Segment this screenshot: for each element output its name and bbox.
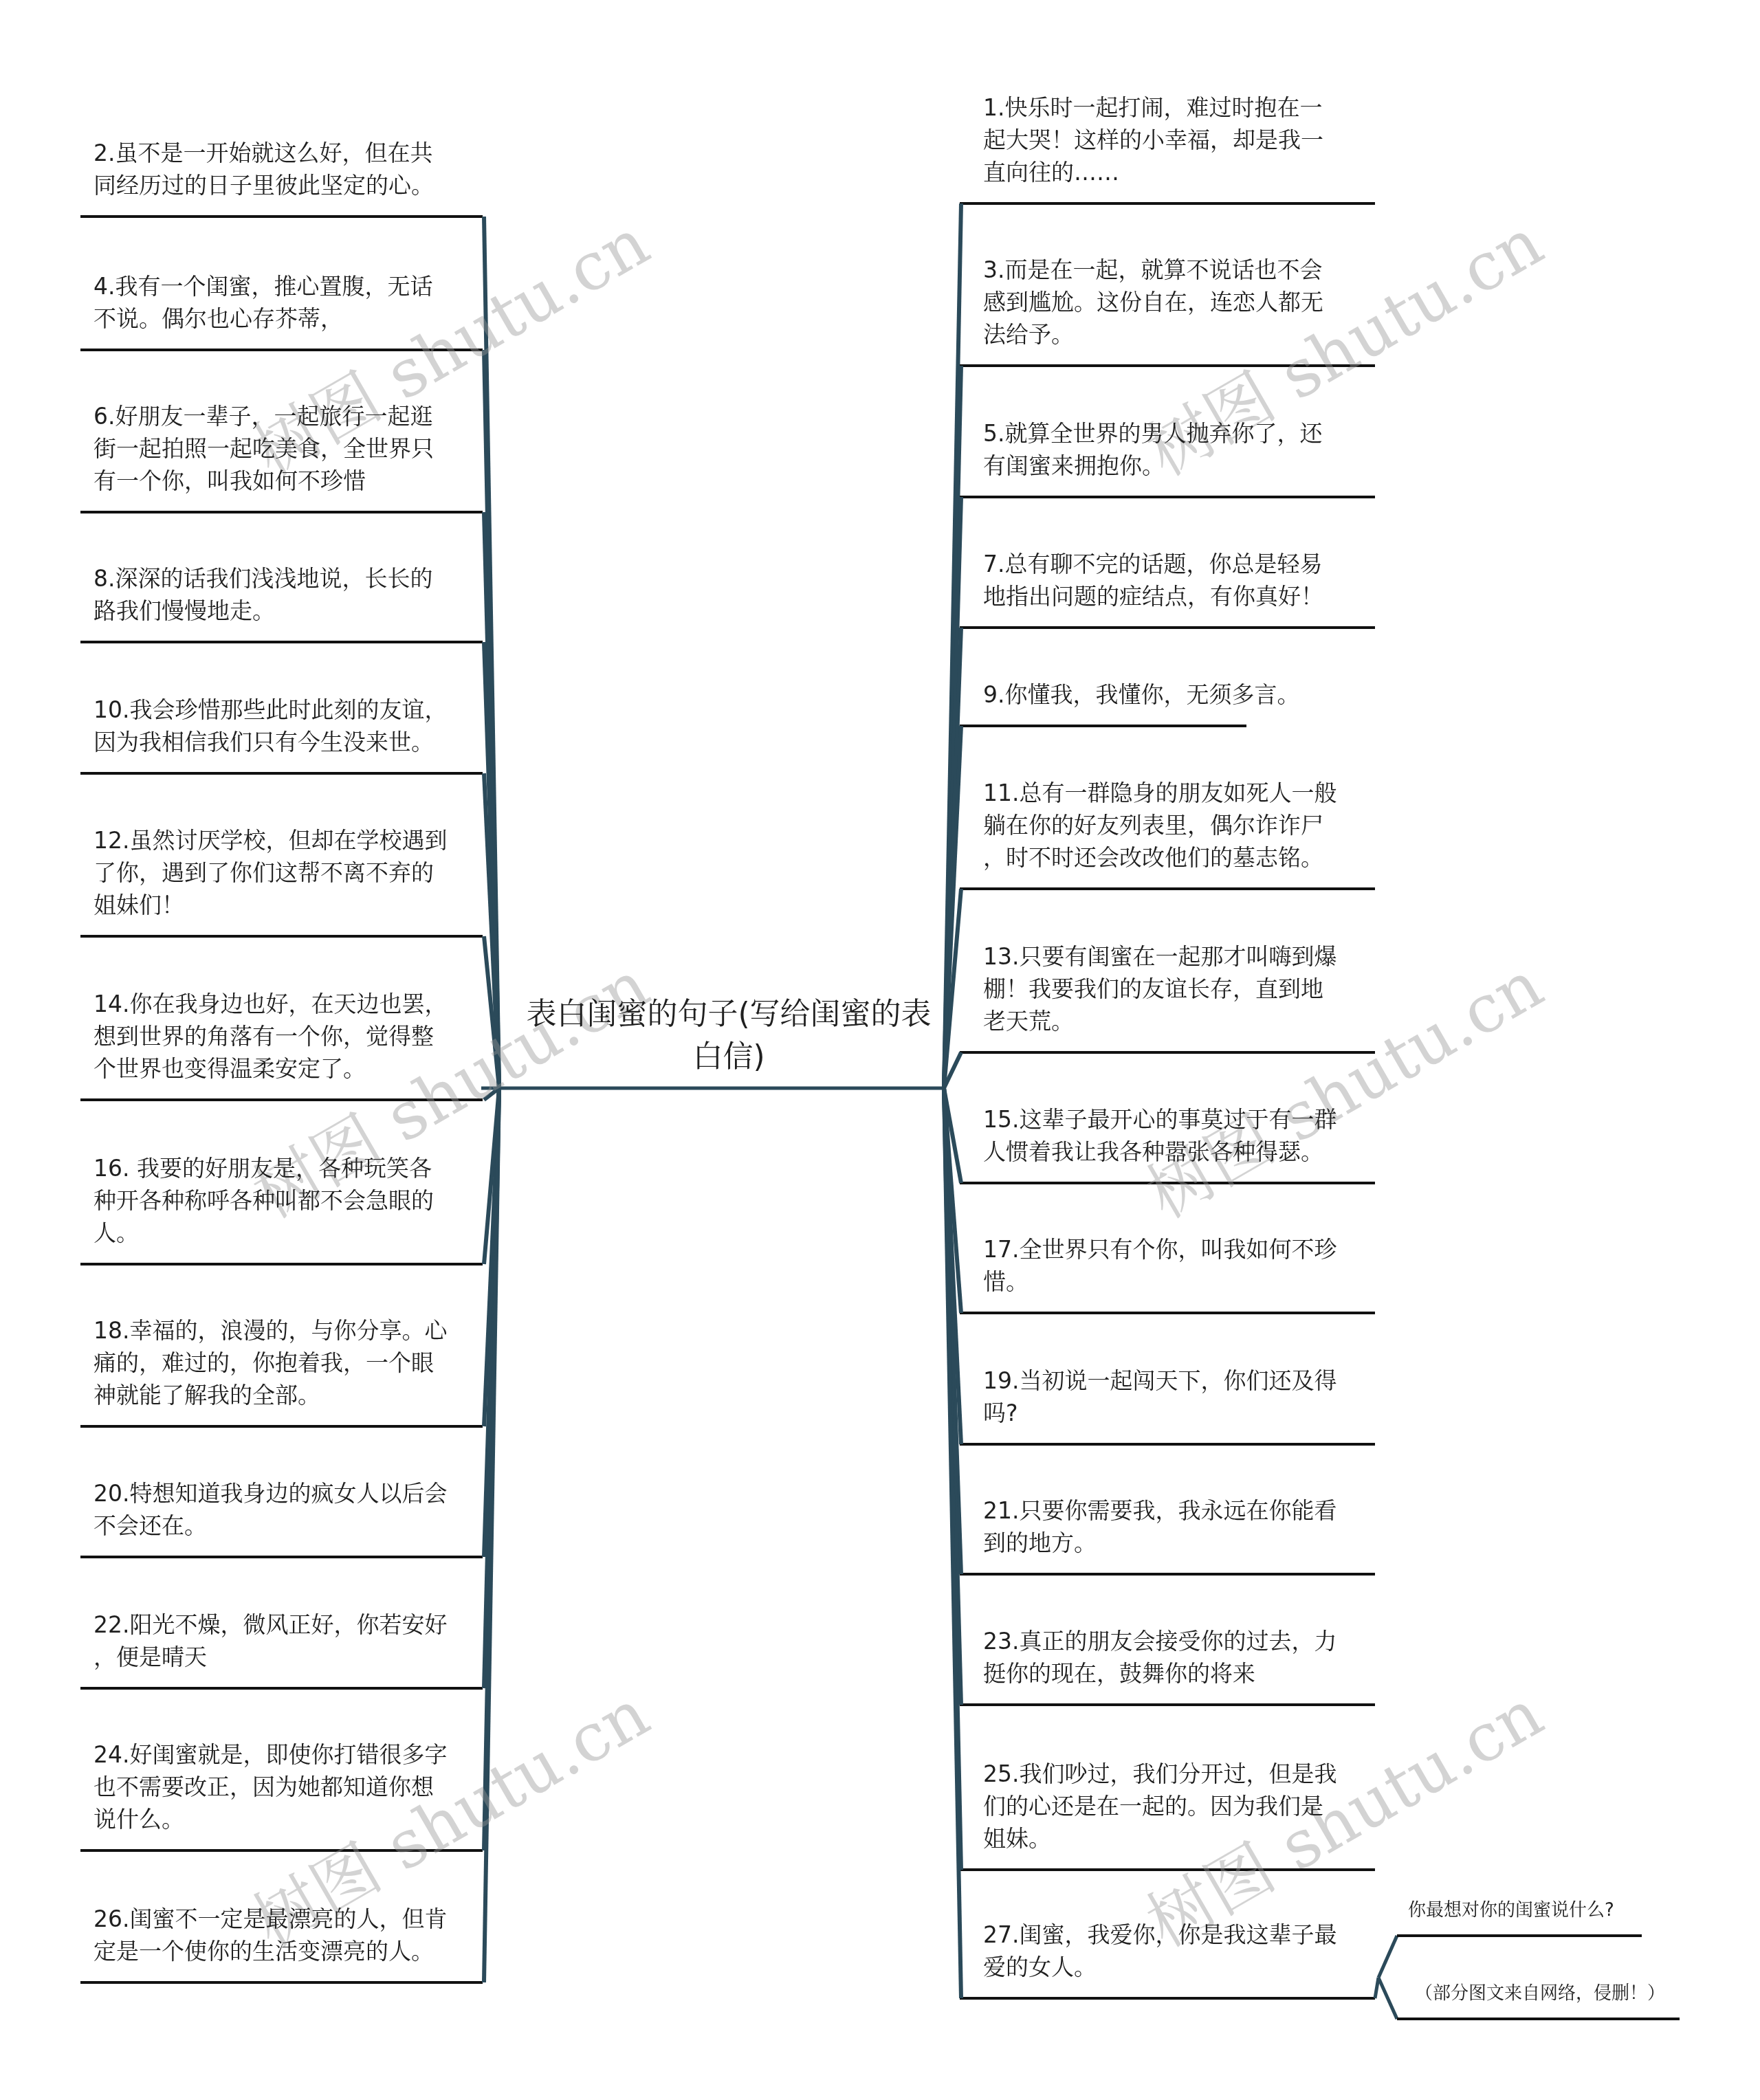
branch-node-right[interactable]: 3.而是在一起，就算不说话也不会 感到尴尬。这份自在，连恋人都无 法给予。 <box>983 254 1368 351</box>
branch-node-left[interactable]: 4.我有一个闺蜜，推心置腹，无话 不说。偶尔也心存芥蒂， <box>93 270 478 335</box>
branch-node-right[interactable]: 19.当初说一起闯天下，你们还及得 吗? <box>983 1364 1368 1429</box>
branch-node-right[interactable]: 23.真正的朋友会接受你的过去，力 挺你的现在，鼓舞你的将来 <box>983 1625 1368 1690</box>
connector-line <box>1375 1978 1378 1998</box>
branch-node-right[interactable]: 9.你懂我，我懂你，无须多言。 <box>983 678 1368 711</box>
branch-node-left[interactable]: 22.阳光不燥，微风正好，你若安好 ，便是晴天 <box>93 1609 478 1673</box>
branch-node-left[interactable]: 10.我会珍惜那些此时此刻的友谊， 因为我相信我们只有今生没来世。 <box>93 694 478 758</box>
branch-node-right[interactable]: 27.闺蜜，我爱你，你是我这辈子最 爱的女人。 <box>983 1919 1368 1983</box>
branch-node-left[interactable]: 6.好朋友一辈子，一起旅行一起逛 街一起拍照一起吃美食，全世界只 有一个你，叫我… <box>93 400 478 497</box>
sub-node-disclaimer[interactable]: （部分图文来自网络，侵删！） <box>1415 1982 1665 2005</box>
sub-node-question[interactable]: 你最想对你的闺蜜说什么? <box>1408 1899 1614 1922</box>
branch-node-right[interactable]: 21.只要你需要我，我永远在你能看 到的地方。 <box>983 1494 1368 1559</box>
branch-node-right[interactable]: 7.总有聊不完的话题，你总是轻易 地指出问题的症结点，有你真好！ <box>983 548 1368 612</box>
branch-node-left[interactable]: 14.你在我身边也好，在天边也罢， 想到世界的角落有一个你，觉得整 个世界也变得… <box>93 988 478 1085</box>
branch-node-right[interactable]: 11.总有一群隐身的朋友如死人一般 躺在你的好友列表里，偶尔诈诈尸 ，时不时还会… <box>983 777 1368 874</box>
root-topic[interactable]: 表白闺蜜的句子(写给闺蜜的表白信) <box>522 993 935 1079</box>
branch-node-left[interactable]: 2.虽不是一开始就这么好，但在共 同经历过的日子里彼此坚定的心。 <box>93 137 478 201</box>
branch-node-left[interactable]: 26.闺蜜不一定是最漂亮的人，但肯 定是一个使你的生活变漂亮的人。 <box>93 1903 478 1967</box>
branch-node-left[interactable]: 18.幸福的，浪漫的，与你分享。心 痛的，难过的，你抱着我，一个眼 神就能了解我… <box>93 1314 478 1411</box>
connector-line <box>1378 1936 1397 1978</box>
branch-node-left[interactable]: 20.特想知道我身边的疯女人以后会 不会还在。 <box>93 1477 478 1542</box>
branch-node-right[interactable]: 5.就算全世界的男人抛弃你了，还 有闺蜜来拥抱你。 <box>983 417 1368 482</box>
branch-node-right[interactable]: 15.这辈子最开心的事莫过于有一群 人惯着我让我各种嚣张各种得瑟。 <box>983 1103 1368 1168</box>
branch-node-right[interactable]: 1.快乐时一起打闹，难过时抱在一 起大哭！这样的小幸福，却是我一 直向往的…… <box>983 91 1368 188</box>
branch-node-left[interactable]: 24.好闺蜜就是，即使你打错很多字 也不需要改正，因为她都知道你想 说什么。 <box>93 1738 478 1835</box>
branch-node-left[interactable]: 16. 我要的好朋友是，各种玩笑各 种开各种称呼各种叫都不会急眼的 人。 <box>93 1152 478 1249</box>
branch-node-right[interactable]: 17.全世界只有个你，叫我如何不珍 惜。 <box>983 1233 1368 1298</box>
branch-node-right[interactable]: 13.只要有闺蜜在一起那才叫嗨到爆 棚！我要我们的友谊长存，直到地 老天荒。 <box>983 940 1368 1037</box>
branch-node-left[interactable]: 12.虽然讨厌学校，但却在学校遇到 了你，遇到了你们这帮不离不弃的 姐妹们！ <box>93 824 478 921</box>
branch-node-left[interactable]: 8.深深的话我们浅浅地说，长长的 路我们慢慢地走。 <box>93 562 478 627</box>
branch-node-right[interactable]: 25.我们吵过，我们分开过，但是我 们的心还是在一起的。因为我们是 姐妹。 <box>983 1758 1368 1855</box>
connector-line <box>1378 1978 1397 2019</box>
